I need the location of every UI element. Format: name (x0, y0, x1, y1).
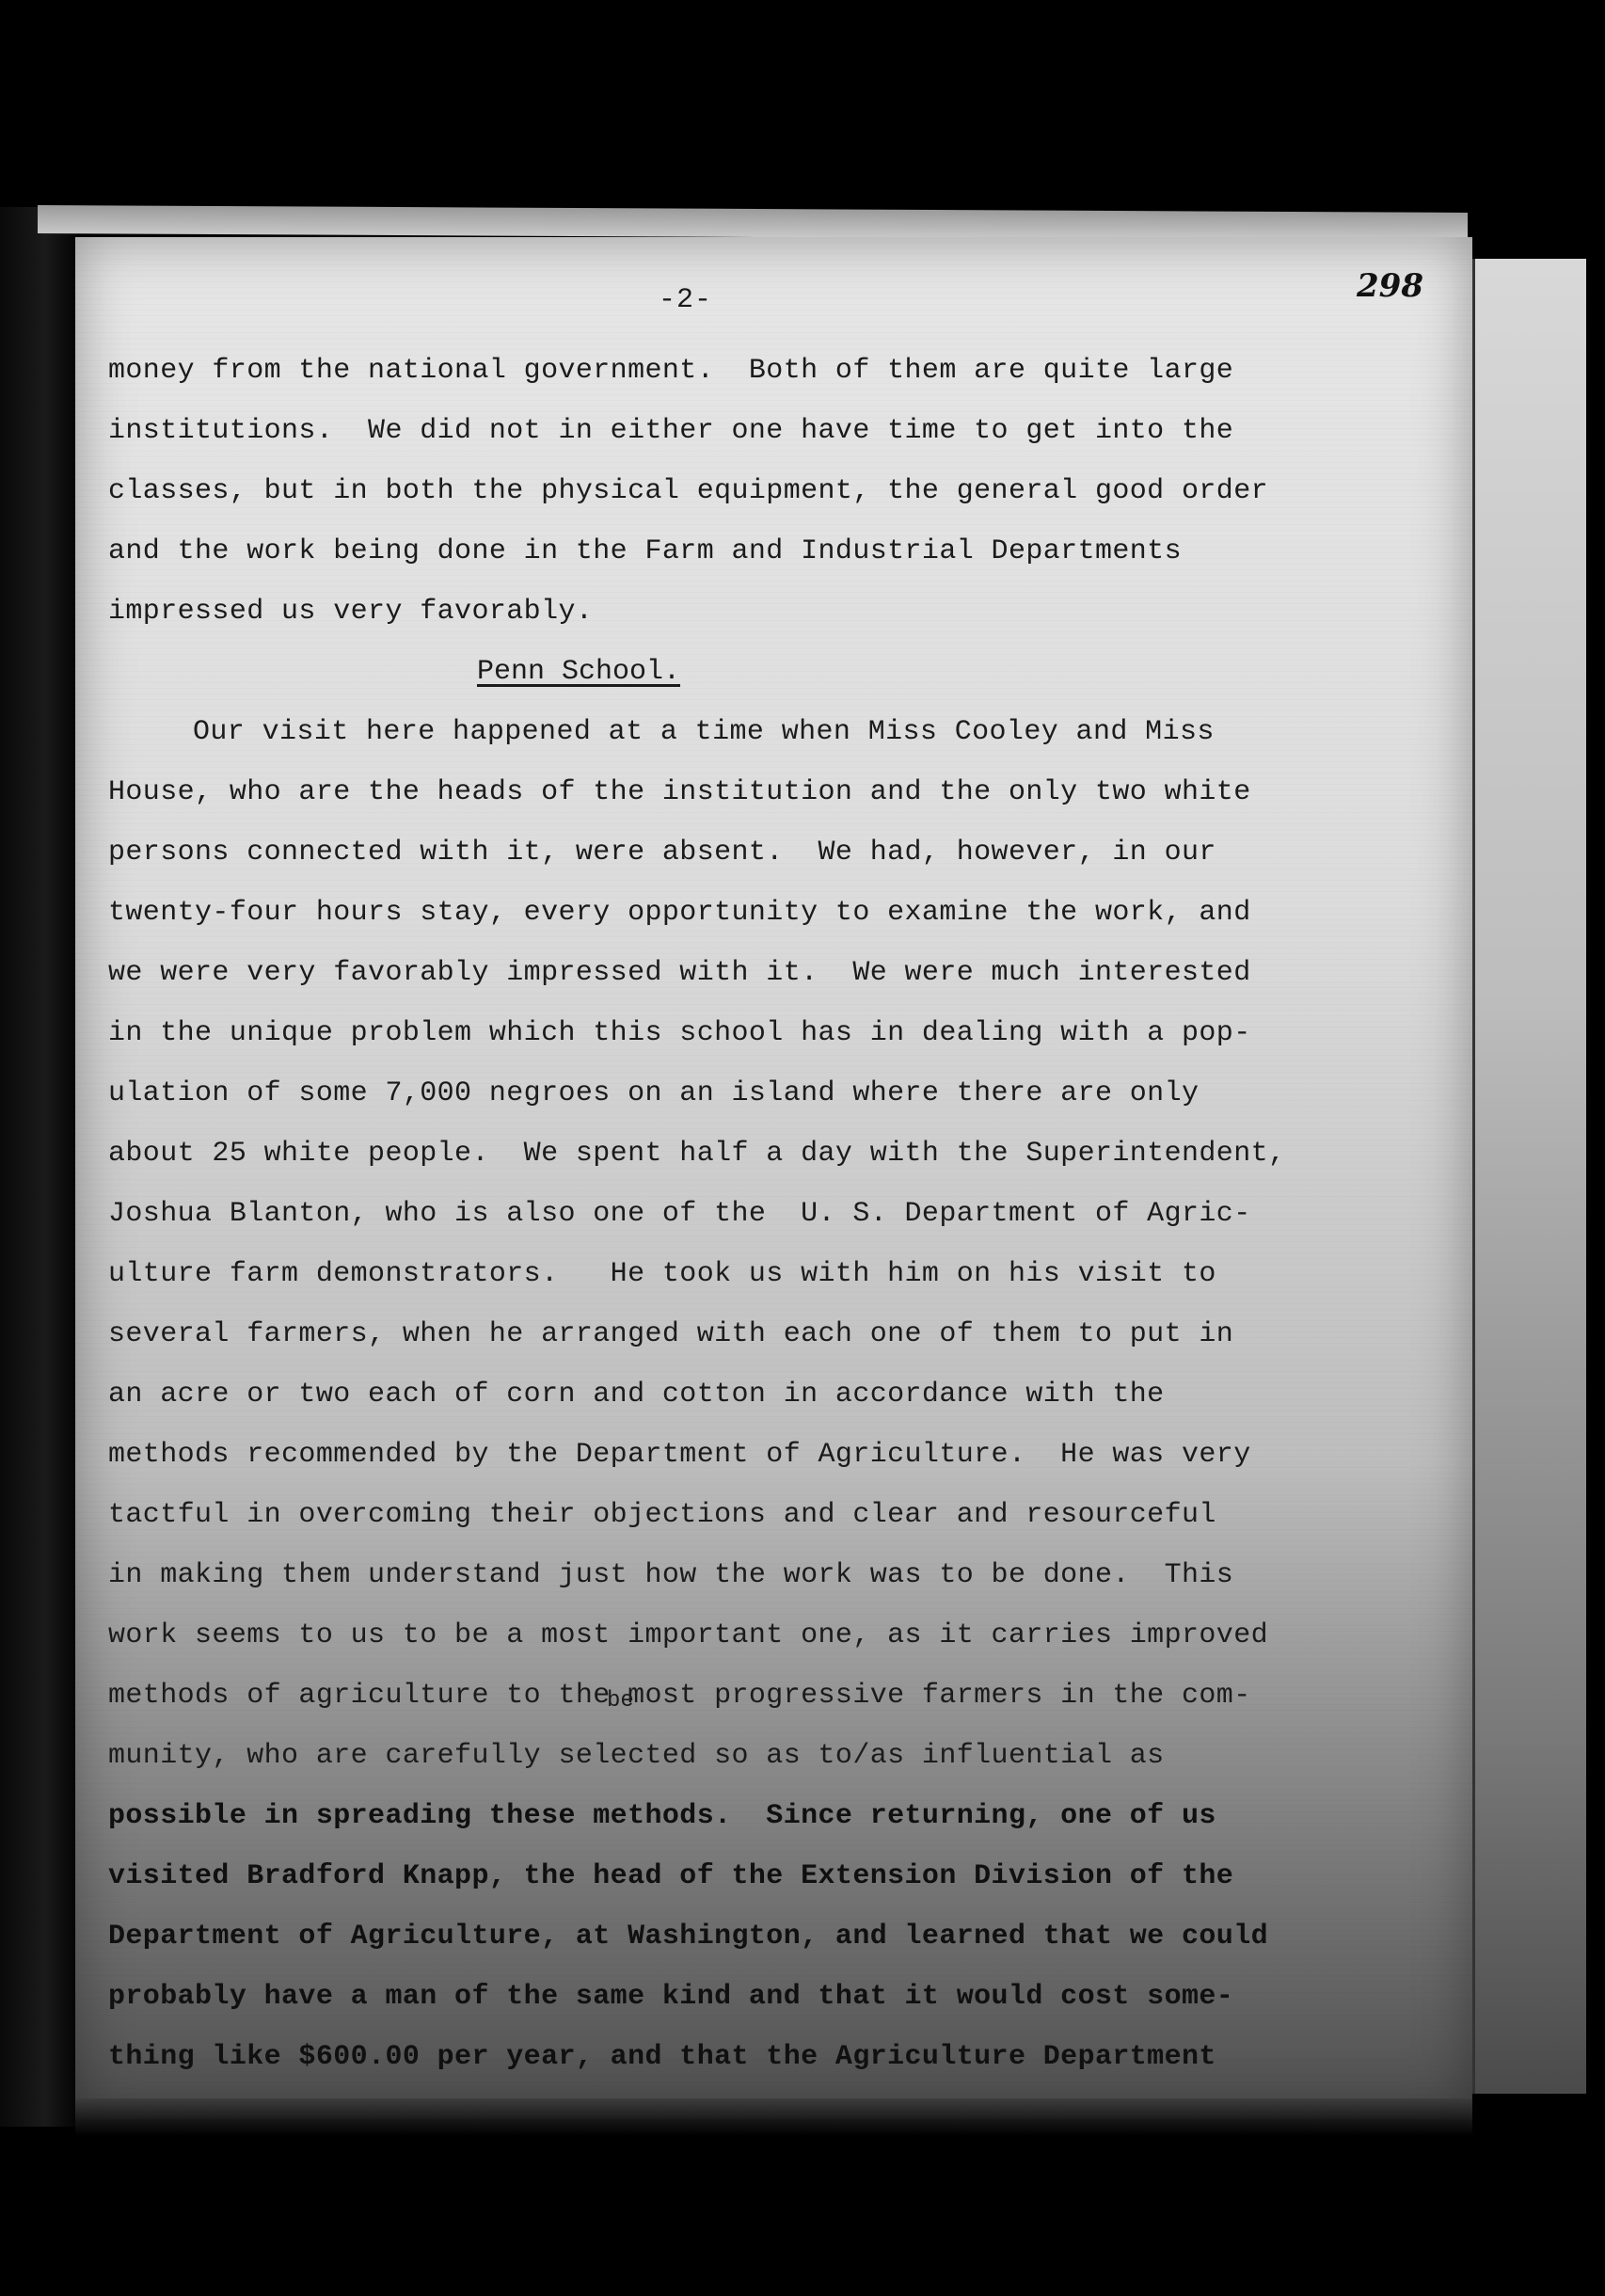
page-number: -2- (659, 284, 712, 316)
text-line: and the work being done in the Farm and … (108, 521, 1463, 582)
typed-page: -2- 298 money from the national governme… (75, 237, 1472, 2119)
text-line: we were very favorably impressed with it… (108, 943, 1463, 1003)
section-heading: Penn School. (108, 642, 1049, 702)
text-line: Department of Agriculture, at Washington… (108, 1906, 1463, 1967)
text-line: classes, but in both the physical equipm… (108, 461, 1463, 521)
text-line: Our visit here happened at a time when M… (108, 702, 1463, 762)
text-line: work seems to us to be a most important … (108, 1605, 1463, 1666)
text-line: institutions. We did not in either one h… (108, 401, 1463, 461)
handwritten-folio-number: 298 (1357, 267, 1423, 305)
text-line: in making them understand just how the w… (108, 1545, 1463, 1605)
back-sheet-edge (38, 205, 1468, 241)
text-line: probably have a man of the same kind and… (108, 1967, 1463, 2027)
text-line: impressed us very favorably. (108, 582, 1463, 642)
body-text: money from the national government. Both… (108, 341, 1463, 2087)
text-line: tactful in overcoming their objections a… (108, 1485, 1463, 1545)
text-line: methods of agriculture to the most progr… (108, 1666, 1463, 1726)
text-line: money from the national government. Both… (108, 341, 1463, 401)
text-line: visited Bradford Knapp, the head of the … (108, 1846, 1463, 1906)
text-line: several farmers, when he arranged with e… (108, 1304, 1463, 1364)
text-line: in the unique problem which this school … (108, 1003, 1463, 1063)
text-line: Joshua Blanton, who is also one of the U… (108, 1184, 1463, 1244)
text-line: ulation of some 7,000 negroes on an isla… (108, 1063, 1463, 1124)
text-line: twenty-four hours stay, every opportunit… (108, 883, 1463, 943)
text-line: House, who are the heads of the institut… (108, 762, 1463, 822)
text-line: munity, who are carefully selected so as… (108, 1726, 1463, 1786)
text-line: an acre or two each of corn and cotton i… (108, 1364, 1463, 1425)
text-line: about 25 white people. We spent half a d… (108, 1124, 1463, 1184)
text-line: thing like $600.00 per year, and that th… (108, 2027, 1463, 2087)
interlinear-insertion: be (607, 1688, 634, 1714)
section-heading-text: Penn School. (477, 656, 680, 688)
text-line: possible in spreading these methods. Sin… (108, 1786, 1463, 1846)
film-edge-left (0, 207, 75, 2127)
text-line: ulture farm demonstrators. He took us wi… (108, 1244, 1463, 1304)
text-line: persons connected with it, were absent. … (108, 822, 1463, 883)
text-line: methods recommended by the Department of… (108, 1425, 1463, 1485)
adjacent-sheet-strip (1472, 259, 1586, 2094)
page-bottom-shadow (75, 2098, 1472, 2136)
